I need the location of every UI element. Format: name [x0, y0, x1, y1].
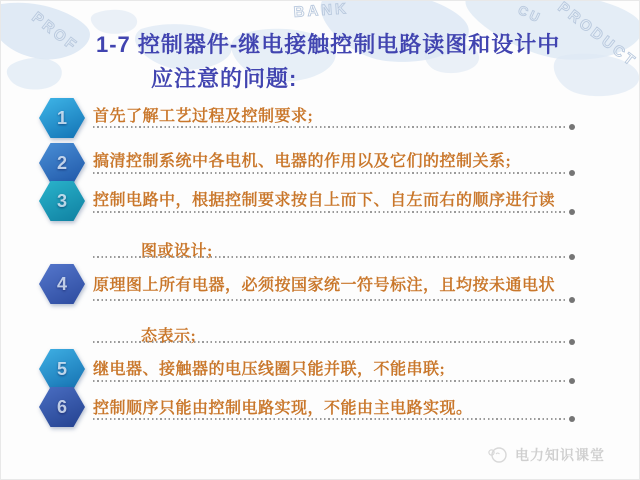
dotted-rule [93, 341, 567, 343]
badge-number: 6 [57, 397, 67, 418]
hex-badge-4: 4 [39, 264, 85, 304]
brand-logo-icon [487, 446, 509, 464]
dotted-rule [93, 126, 567, 128]
list-item-5-text: 继电器、接触器的电压线圈只能并联，不能串联; [93, 356, 445, 379]
bullet-list: 1 首先了解工艺过程及控制要求; 2 搞清控制系统中各电机、电器的作用以及它们的… [1, 1, 639, 479]
dotted-rule [93, 256, 567, 258]
list-item-1-text: 首先了解工艺过程及控制要求; [93, 103, 313, 126]
dotted-rule [93, 380, 567, 382]
hex-badge-3: 3 [39, 181, 85, 221]
dotted-rule [93, 418, 567, 420]
badge-number: 2 [57, 153, 67, 174]
watermark: 电力知识课堂 [487, 445, 605, 465]
dotted-rule [93, 299, 567, 301]
list-item-3-text-line-1: 控制电路中，根据控制要求按自上而下、自左而右的顺序进行读 [93, 187, 555, 210]
watermark-text: 电力知识课堂 [515, 445, 605, 465]
hex-badge-1: 1 [39, 98, 85, 138]
slide: { "title": { "line1": "1-7 控制器件-继电接触控制电路… [0, 0, 640, 480]
hex-badge-6: 6 [39, 387, 85, 427]
badge-number: 1 [57, 108, 67, 129]
badge-number: 5 [57, 359, 67, 380]
list-item-2-text: 搞清控制系统中各电机、电器的作用以及它们的控制关系; [93, 148, 511, 171]
badge-number: 3 [57, 191, 67, 212]
dotted-rule [93, 172, 567, 174]
hex-badge-5: 5 [39, 349, 85, 389]
list-item-6-text: 控制顺序只能由控制电路实现，不能由主电路实现。 [93, 395, 473, 418]
hex-badge-2: 2 [39, 143, 85, 183]
list-item-4-text-line-1: 原理图上所有电器，必须按国家统一符号标注，且均按未通电状 [93, 272, 555, 295]
dotted-rule [93, 211, 567, 213]
badge-number: 4 [57, 274, 67, 295]
